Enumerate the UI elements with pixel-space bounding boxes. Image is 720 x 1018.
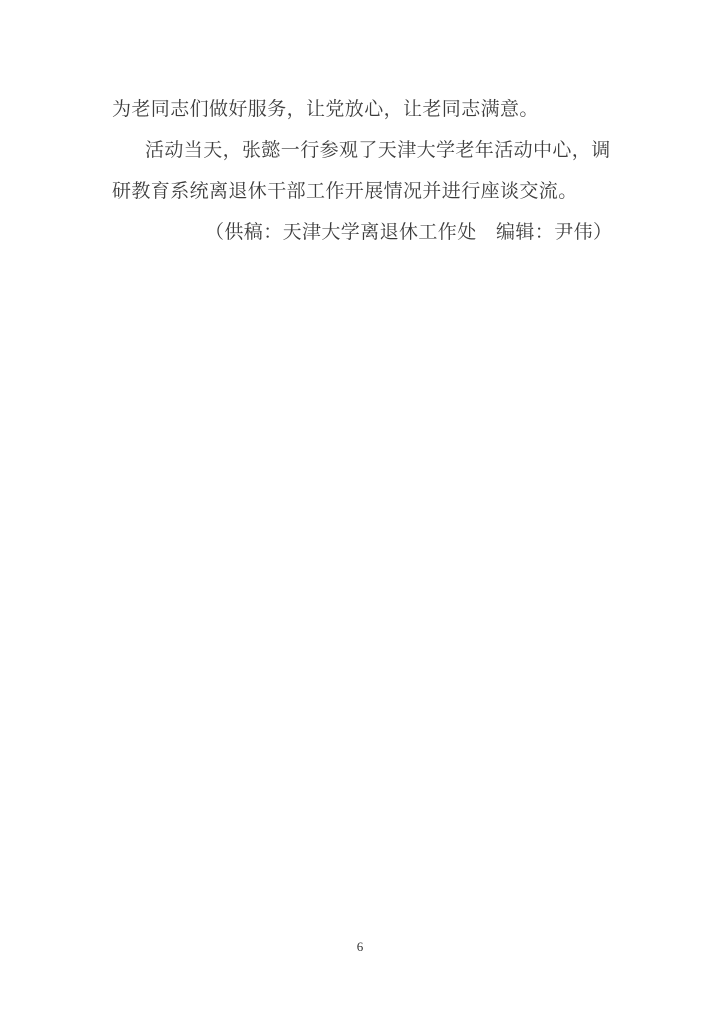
document-page: 为老同志们做好服务，让党放心，让老同志满意。 活动当天，张懿一行参观了天津大学老… — [0, 0, 720, 1018]
document-body: 为老同志们做好服务，让党放心，让老同志满意。 活动当天，张懿一行参观了天津大学老… — [112, 89, 622, 253]
paragraph-line: 活动当天，张懿一行参观了天津大学老年活动中心，调 — [112, 130, 622, 171]
credit-line: （供稿：天津大学离退休工作处 编辑：尹伟） — [112, 212, 622, 253]
page-number: 6 — [0, 938, 720, 956]
paragraph-line: 研教育系统离退休干部工作开展情况并进行座谈交流。 — [112, 171, 622, 212]
paragraph-line: 为老同志们做好服务，让党放心，让老同志满意。 — [112, 89, 622, 130]
